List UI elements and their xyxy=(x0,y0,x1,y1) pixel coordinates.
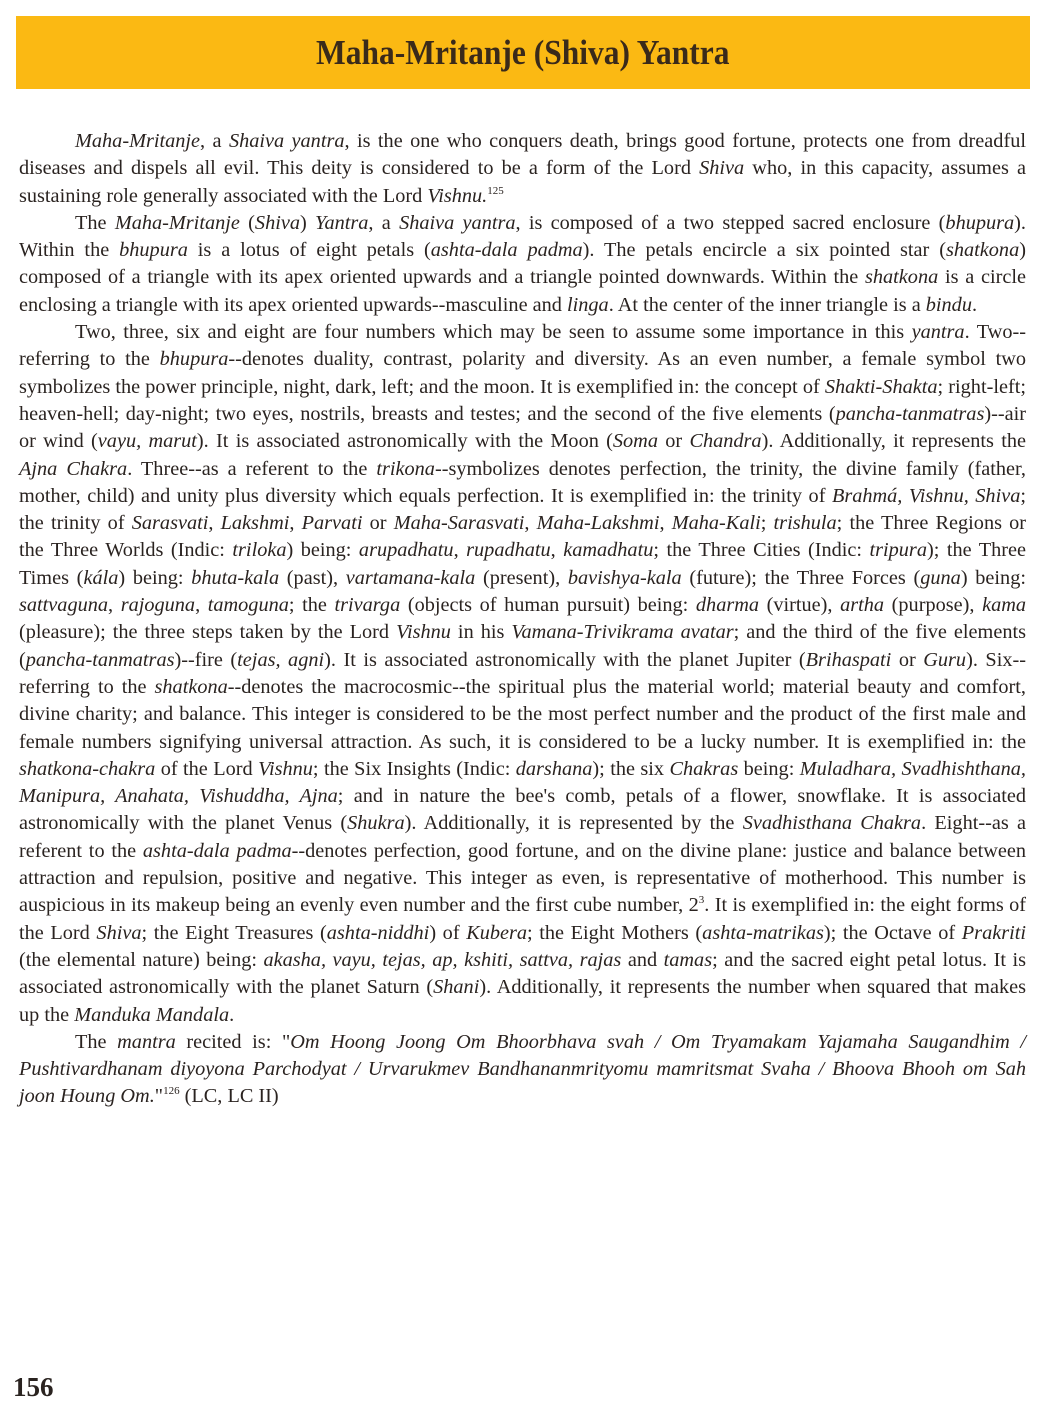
italic-term: Shiva xyxy=(699,157,744,179)
text-run: ; the xyxy=(289,594,335,616)
italic-term: rajoguna xyxy=(121,594,195,616)
text-run: , xyxy=(524,512,536,534)
italic-term: linga xyxy=(567,294,609,316)
text-run: , xyxy=(289,512,301,534)
text-run: , xyxy=(108,594,121,616)
italic-term: bavishya-kala xyxy=(568,567,682,589)
italic-term: bhupura xyxy=(945,212,1014,234)
title-banner: Maha-Mritanje (Shiva) Yantra xyxy=(16,16,1030,89)
page-number: 156 xyxy=(13,1372,54,1403)
italic-term: pancha-tanmatras xyxy=(836,403,985,425)
italic-term: Yantra xyxy=(315,212,368,234)
text-run: ) being: xyxy=(287,539,359,561)
text-run: . xyxy=(229,1004,234,1026)
italic-term: kamadhatu xyxy=(563,539,653,561)
text-run: (pleasure); the three steps taken by the… xyxy=(19,621,396,643)
italic-term: ashta-dala padma xyxy=(143,840,292,862)
italic-term: trikona xyxy=(376,458,435,480)
italic-term: darshana xyxy=(516,758,593,780)
text-run: ) being: xyxy=(118,567,191,589)
italic-term: Prakriti xyxy=(962,922,1026,944)
text-run: )--fire ( xyxy=(175,649,238,671)
italic-term: triloka xyxy=(232,539,286,561)
footnote-ref: 126 xyxy=(163,1086,180,1098)
italic-term: Maha-Sarasvati xyxy=(394,512,525,534)
footnote-ref: 125 xyxy=(487,185,504,197)
text-run: " xyxy=(155,1085,163,1107)
text-run: . Three--as a referent to the xyxy=(127,458,376,480)
italic-term: Shani xyxy=(433,976,479,998)
italic-term: kála xyxy=(83,567,118,589)
article-body: Maha-Mritanje, a Shaiva yantra, is the o… xyxy=(19,128,1026,1111)
text-run: or xyxy=(362,512,393,534)
italic-term: Ajna Chakra xyxy=(19,458,127,480)
italic-term: shatkona-chakra xyxy=(19,758,155,780)
italic-term: Brahmá, Vishnu, Shiva xyxy=(832,485,1020,507)
text-run: . At the center of the inner triangle is… xyxy=(609,294,926,316)
italic-term: sattvaguna xyxy=(19,594,108,616)
italic-term: Vamana-Trivikrama avatar xyxy=(511,621,733,643)
italic-term: guna xyxy=(920,567,961,589)
text-run: Two, three, six and eight are four numbe… xyxy=(75,321,912,343)
text-run: The xyxy=(75,212,115,234)
italic-term: Manduka Mandala xyxy=(74,1004,229,1026)
italic-term: Brihaspati xyxy=(806,649,892,671)
italic-term: vartamana-kala xyxy=(346,567,476,589)
text-run: ); the Octave of xyxy=(824,922,962,944)
text-run: ). Additionally, it represents the xyxy=(762,430,1026,452)
text-run: ). The petals encircle a six pointed sta… xyxy=(583,239,946,261)
text-run: , a xyxy=(200,130,229,152)
italic-term: Chandra xyxy=(689,430,761,452)
italic-term: Shiva xyxy=(96,922,141,944)
text-run: in his xyxy=(451,621,511,643)
text-run: ; the Eight Treasures ( xyxy=(141,922,326,944)
italic-term: Maha-Mritanje xyxy=(115,212,240,234)
italic-term: tripura xyxy=(869,539,926,561)
italic-term: Soma xyxy=(613,430,658,452)
italic-term: Guru xyxy=(923,649,966,671)
paragraph-intro: Maha-Mritanje, a Shaiva yantra, is the o… xyxy=(19,128,1026,210)
text-run: ). Additionally, it is represented by th… xyxy=(405,812,743,834)
text-run: (objects of human pursuit) being: xyxy=(400,594,696,616)
italic-term: vayu, marut xyxy=(98,430,197,452)
italic-term: tamas xyxy=(664,949,712,971)
text-run: ; xyxy=(761,512,774,534)
italic-term: ashta-dala padma xyxy=(431,239,583,261)
italic-term: Sarasvati xyxy=(132,512,209,534)
italic-term: Shakti-Shakta xyxy=(825,376,938,398)
text-run: , xyxy=(454,539,467,561)
paragraph-composition: The Maha-Mritanje (Shiva) Yantra, a Shai… xyxy=(19,210,1026,319)
text-run: (future); the Three Forces ( xyxy=(682,567,921,589)
italic-term: Maha-Kali xyxy=(672,512,761,534)
text-run: , xyxy=(551,539,564,561)
text-run: (purpose), xyxy=(884,594,982,616)
text-run: , a xyxy=(368,212,399,234)
italic-term: trishula xyxy=(774,512,837,534)
italic-term: arupadhatu xyxy=(359,539,454,561)
italic-term: Maha-Lakshmi xyxy=(537,512,660,534)
italic-term: Vishnu. xyxy=(427,185,487,207)
text-run: (LC, LC II) xyxy=(180,1085,279,1107)
italic-term: tamoguna xyxy=(208,594,289,616)
text-run: , is composed of a two stepped sacred en… xyxy=(516,212,946,234)
text-run: ) of xyxy=(429,922,466,944)
italic-term: Lakshmi xyxy=(221,512,290,534)
text-run: or xyxy=(891,649,923,671)
italic-term: Kubera xyxy=(466,922,527,944)
italic-term: Parvati xyxy=(302,512,363,534)
italic-term: Chakras xyxy=(669,758,738,780)
italic-term: Shukra xyxy=(347,812,404,834)
italic-term: bhupura xyxy=(119,239,188,261)
italic-term: shatkona xyxy=(155,676,228,698)
italic-term: akasha, vayu, tejas, ap, kshiti, sattva,… xyxy=(263,949,621,971)
text-run: (past), xyxy=(279,567,346,589)
text-run: , xyxy=(208,512,220,534)
paragraph-numbers: Two, three, six and eight are four numbe… xyxy=(19,319,1026,1029)
text-run: or xyxy=(658,430,689,452)
italic-term: Svadhisthana Chakra xyxy=(743,812,921,834)
text-run: (the elemental nature) being: xyxy=(19,949,263,971)
text-run: ). It is associated astronomically with … xyxy=(324,649,806,671)
text-run: ) being: xyxy=(961,567,1026,589)
italic-term: Shaiva yantra xyxy=(229,130,345,152)
text-run: recited is: " xyxy=(176,1031,290,1053)
text-run: of the Lord xyxy=(155,758,258,780)
italic-term: bhuta-kala xyxy=(191,567,279,589)
italic-term: Vishnu xyxy=(396,621,451,643)
paragraph-mantra: The mantra recited is: "Om Hoong Joong O… xyxy=(19,1029,1026,1111)
italic-term: yantra xyxy=(912,321,965,343)
text-run: ; the Six Insights (Indic: xyxy=(313,758,516,780)
text-run: ; the Eight Mothers ( xyxy=(527,922,702,944)
italic-term: Vishnu xyxy=(258,758,313,780)
text-run: , xyxy=(195,594,208,616)
italic-term: rupadhatu xyxy=(466,539,551,561)
text-run: being: xyxy=(738,758,800,780)
text-run: ). It is associated astronomically with … xyxy=(197,430,613,452)
italic-term: ashta-matrikas xyxy=(702,922,824,944)
italic-term: ashta-niddhi xyxy=(327,922,430,944)
page-title: Maha-Mritanje (Shiva) Yantra xyxy=(316,33,730,73)
text-run: , xyxy=(659,512,671,534)
text-run: (virtue), xyxy=(759,594,840,616)
text-run: ; the Three Cities (Indic: xyxy=(653,539,869,561)
text-run: ( xyxy=(240,212,255,234)
text-run: and xyxy=(621,949,663,971)
italic-term: kama xyxy=(982,594,1026,616)
text-run: The xyxy=(75,1031,117,1053)
italic-term: pancha-tanmatras xyxy=(26,649,175,671)
italic-term: Shaiva yantra xyxy=(399,212,515,234)
italic-term: Shiva xyxy=(255,212,300,234)
italic-term: Maha-Mritanje xyxy=(75,130,200,152)
text-run: ) xyxy=(300,212,315,234)
italic-term: dharma xyxy=(696,594,759,616)
italic-term: tejas, agni xyxy=(237,649,324,671)
text-run: is a lotus of eight petals ( xyxy=(188,239,431,261)
italic-term: shatkona xyxy=(946,239,1019,261)
text-run: . xyxy=(972,294,977,316)
italic-term: bhupura xyxy=(160,348,229,370)
italic-term: mantra xyxy=(117,1031,176,1053)
italic-term: shatkona xyxy=(865,266,938,288)
text-run: ); the six xyxy=(592,758,669,780)
italic-term: trivarga xyxy=(334,594,400,616)
italic-term: bindu xyxy=(926,294,972,316)
text-run: (present), xyxy=(475,567,568,589)
italic-term: artha xyxy=(840,594,884,616)
